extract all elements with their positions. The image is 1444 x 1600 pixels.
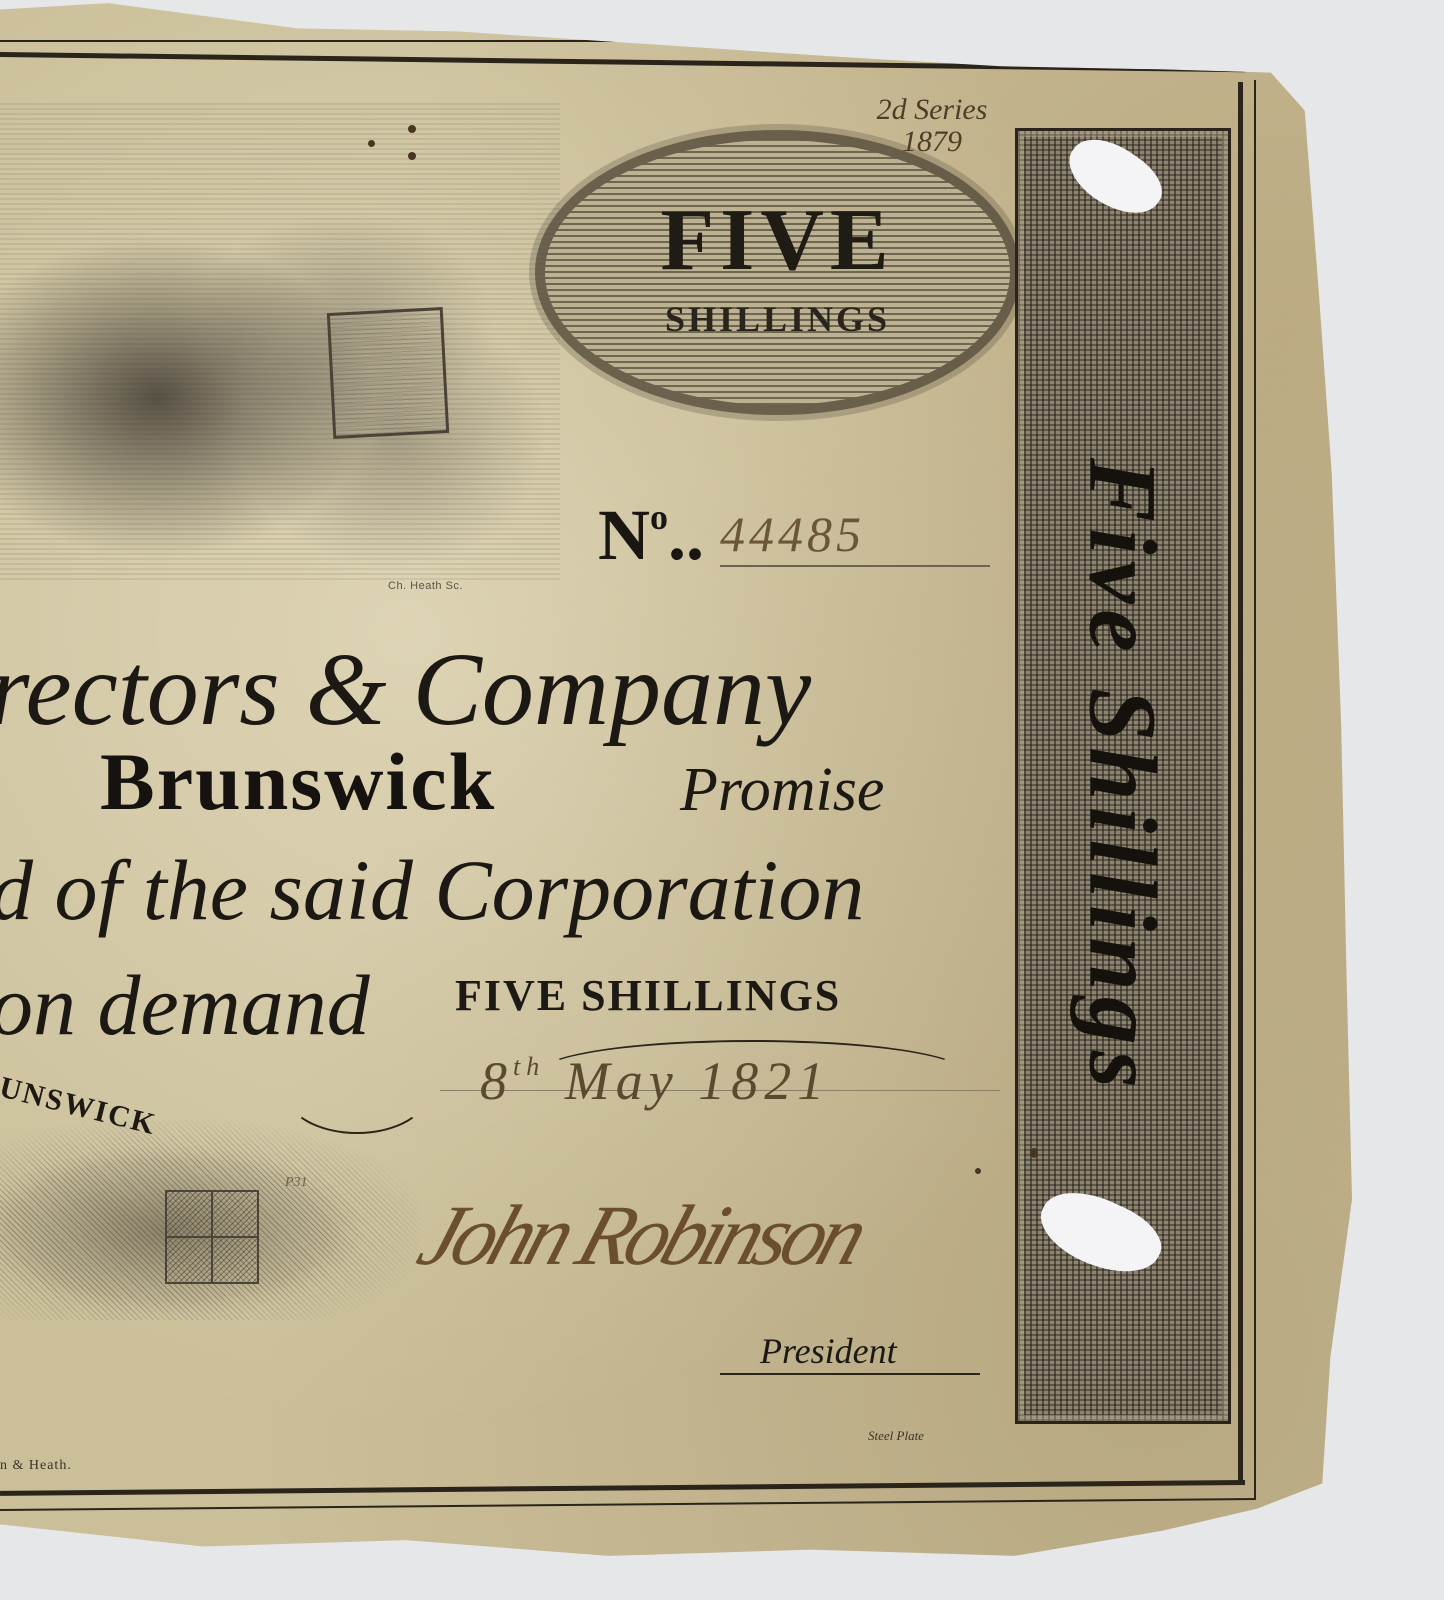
banknote: Ch. Heath Sc. FIVE SHILLINGS 2d Series 1…: [0, 0, 1352, 1578]
steel-plate-imprint: Steel Plate: [868, 1428, 924, 1444]
vertical-denomination-text: Five Shillings: [1068, 458, 1179, 1094]
president-signature: John Robinson: [401, 1185, 1040, 1305]
body-line-4-amount: FIVE SHILLINGS: [455, 970, 841, 1021]
date-day: 8: [480, 1051, 513, 1111]
ink-stain: [1030, 1148, 1038, 1158]
number-label-text: N: [598, 495, 650, 575]
serial-number: 44485: [720, 505, 990, 567]
signature-line: [720, 1373, 980, 1375]
signature-title: President: [760, 1330, 897, 1372]
annotation-line-1: 2d Series: [812, 94, 1052, 126]
body-line-2-promise: Promise: [680, 755, 884, 826]
ink-stain: [368, 140, 375, 147]
date-day-suffix: th: [513, 1052, 545, 1081]
date-year: 1821: [698, 1051, 830, 1111]
number-label: No..: [598, 494, 704, 577]
body-line-4-on-demand: on demand: [0, 955, 370, 1055]
right-border-rule-thin: [1254, 80, 1256, 1500]
cotton-bale-illustration: [165, 1190, 259, 1284]
denomination-unit: SHILLINGS: [545, 298, 1010, 340]
denomination-oval: FIVE SHILLINGS: [545, 140, 1010, 405]
bottom-border-rule-thick: [0, 1480, 1245, 1496]
easel-illustration: [327, 307, 449, 439]
ink-stain: [1370, 300, 1376, 306]
issue-date: 8th May 1821: [480, 1050, 830, 1112]
date-month: May: [565, 1051, 679, 1111]
ink-stain: [408, 152, 416, 160]
bottom-border-rule-thin: [0, 1498, 1256, 1511]
body-line-3: d of the said Corporation: [0, 840, 864, 940]
top-border-rule-thin: [0, 40, 1252, 42]
top-border-rule-thick: [0, 52, 1245, 72]
body-line-2-bank-name: Brunswick: [100, 735, 496, 829]
ink-stain: [975, 1168, 981, 1174]
ink-stain: [408, 125, 416, 133]
denomination-word: FIVE: [545, 190, 1010, 291]
number-label-superscript: o: [650, 497, 668, 537]
allegorical-vignette: [0, 100, 560, 580]
body-line-1: irectors & Company: [0, 630, 811, 749]
right-border-rule-thick: [1238, 82, 1243, 1482]
printer-imprint: n & Heath.: [0, 1458, 72, 1474]
engraver-credit: Ch. Heath Sc.: [388, 580, 463, 592]
plate-letter: P31: [285, 1175, 308, 1191]
